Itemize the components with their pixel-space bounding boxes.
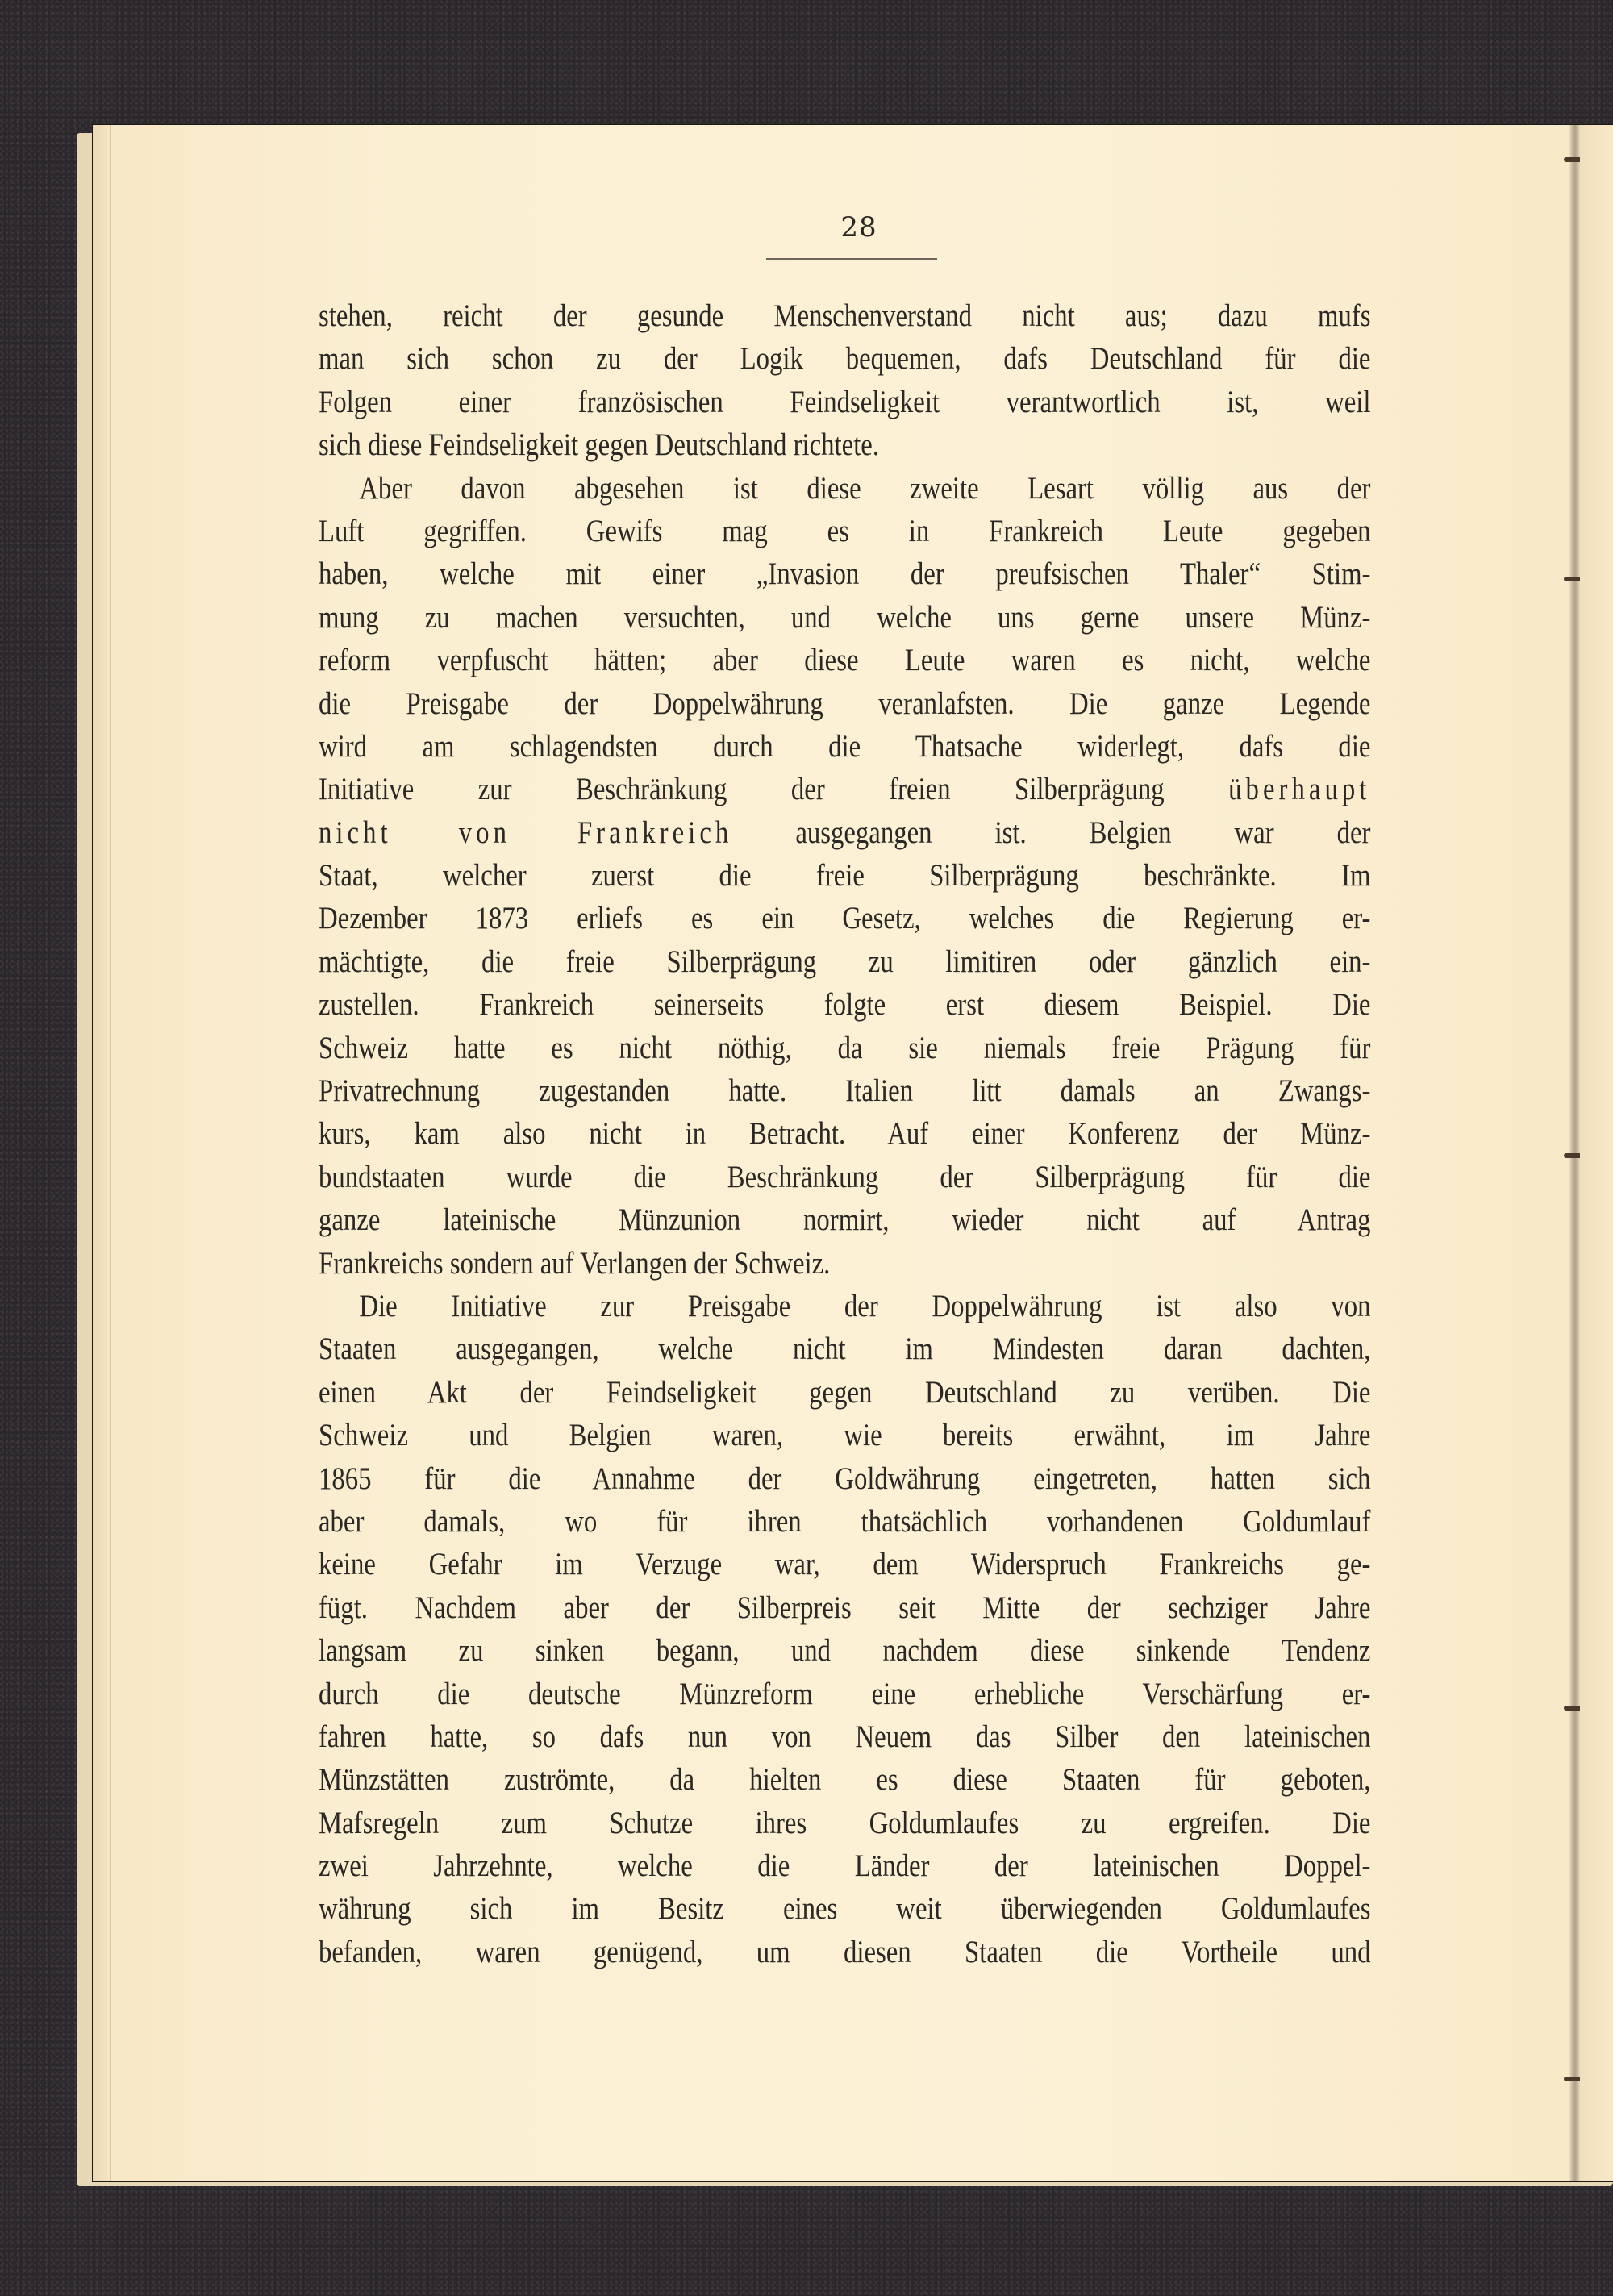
text-line: mächtigte, die freie Silberprägung zu li… (319, 940, 1370, 983)
text-line: zwei Jahrzehnte, welche die Länder der l… (319, 1844, 1370, 1887)
text-line: fahren hatte, so dafs nun von Neuem das … (319, 1715, 1370, 1758)
text-line: keine Gefahr im Verzuge war, dem Widersp… (319, 1543, 1370, 1586)
text-line: 1865 für die Annahme der Goldwährung ein… (319, 1457, 1370, 1500)
text-line: Luft gegriffen. Gewifs mag es in Frankre… (319, 510, 1370, 552)
text-line: wird am schlagendsten durch die Thatsach… (319, 725, 1370, 768)
text-line: stehen, reicht der gesunde Menschenverst… (319, 294, 1370, 337)
text-line: Dezember 1873 erliefs es ein Gesetz, wel… (319, 897, 1370, 940)
text-line: Staaten ausgegangen, welche nicht im Min… (319, 1327, 1370, 1370)
text-line: Aber davon abgesehen ist diese zweite Le… (319, 467, 1370, 510)
text-line: aber damals, wo für ihren thatsächlich v… (319, 1500, 1370, 1543)
text-line: man sich schon zu der Logik bequemen, da… (319, 337, 1370, 380)
text-line: währung sich im Besitz eines weit überwi… (319, 1887, 1370, 1930)
text-line: Schweiz und Belgien waren, wie bereits e… (319, 1414, 1370, 1456)
text-line: nicht von Frankreich ausgegangen ist. Be… (319, 811, 1370, 854)
header-rule (766, 258, 937, 260)
text-line: Staat, welcher zuerst die freie Silberpr… (319, 854, 1370, 897)
text-line: fügt. Nachdem aber der Silberpreis seit … (319, 1586, 1370, 1629)
text-line: die Preisgabe der Doppelwährung veranlaf… (319, 682, 1370, 725)
text-line: Initiative zur Beschränkung der freien S… (319, 768, 1370, 810)
text-line: haben, welche mit einer „Invasion der pr… (319, 552, 1370, 595)
text-line: befanden, waren genügend, um diesen Staa… (319, 1931, 1370, 1973)
text-line: Folgen einer französischen Feindseligkei… (319, 381, 1370, 423)
text-line: Frankreichs sondern auf Verlangen der Sc… (319, 1242, 1370, 1285)
text-line: bundstaaten wurde die Beschränkung der S… (319, 1156, 1370, 1198)
text-line: durch die deutsche Münzreform eine erheb… (319, 1673, 1370, 1715)
text-line: kurs, kam also nicht in Betracht. Auf ei… (319, 1112, 1370, 1155)
text-line: Schweiz hatte es nicht nöthig, da sie ni… (319, 1027, 1370, 1069)
facing-page-edge (1580, 125, 1613, 2181)
text-line: Die Initiative zur Preisgabe der Doppelw… (319, 1285, 1370, 1327)
text-line: ganze lateinische Münzunion normirt, wie… (319, 1198, 1370, 1241)
text-line: sich diese Feindseligkeit gegen Deutschl… (319, 423, 1370, 466)
text-line: Mafsregeln zum Schutze ihres Goldumlaufe… (319, 1802, 1370, 1844)
text-line: Privatrechnung zugestanden hatte. Italie… (319, 1069, 1370, 1112)
text-line: Münzstätten zuströmte, da hielten es die… (319, 1758, 1370, 1801)
page-left-edge (93, 125, 111, 2181)
text-line: reform verpfuscht hätten; aber diese Leu… (319, 639, 1370, 681)
text-line: einen Akt der Feindseligkeit gegen Deuts… (319, 1371, 1370, 1414)
body-text: stehen, reicht der gesunde Menschenverst… (319, 294, 1371, 1973)
text-line: langsam zu sinken begann, und nachdem di… (319, 1629, 1370, 1672)
text-line: mung zu machen versuchten, und welche un… (319, 596, 1370, 639)
page-number: 28 (823, 211, 895, 244)
text-line: zustellen. Frankreich seinerseits folgte… (319, 983, 1370, 1026)
